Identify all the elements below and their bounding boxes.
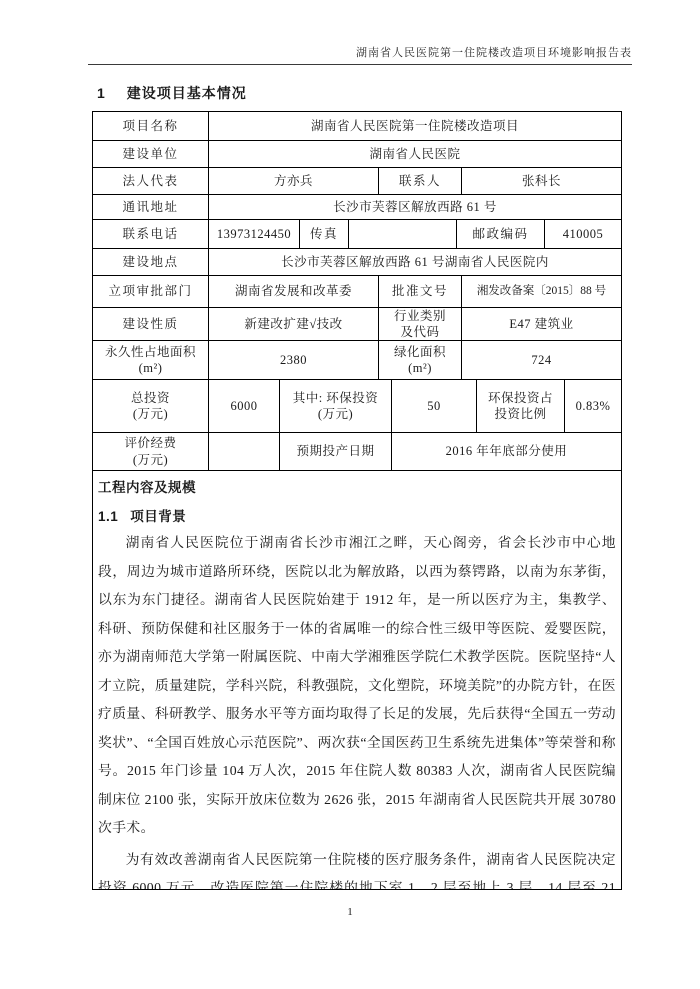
area-label-line1: 永久性占地面积 [105,344,196,360]
subsection-heading: 1.1项目背景 [98,505,616,525]
project-content-section: 工程内容及规模 1.1项目背景 湖南省人民医院位于湖南省长沙市湘江之畔，天心阁旁… [93,470,621,889]
env-investment-label-line1: 其中: 环保投资 [293,390,379,406]
table-row-address: 通讯地址 长沙市芙蓉区解放西路 61 号 [93,194,621,219]
area-label: 永久性占地面积 (m²) [93,341,208,379]
production-date-value: 2016 年年底部分使用 [391,433,621,470]
contact-value: 张科长 [461,168,621,194]
approval-dept-label: 立项审批部门 [93,276,208,307]
fax-value [348,220,456,248]
table-row-investment: 总投资 (万元) 6000 其中: 环保投资 (万元) 50 环保投资占 投资比… [93,379,621,432]
table-row-phone: 联系电话 13973124450 传真 邮政编码 410005 [93,219,621,248]
area-value: 2380 [208,341,378,379]
industry-label-line2: 及代码 [400,324,439,340]
legal-rep-label: 法人代表 [93,168,208,194]
phone-value: 13973124450 [208,220,299,248]
industry-label-line1: 行业类别 [394,308,446,324]
site-value: 长沙市芙蓉区解放西路 61 号湖南省人民医院内 [208,249,621,275]
postcode-value: 410005 [544,220,621,248]
background-paragraph-2: 为有效改善湖南省人民医院第一住院楼的医疗服务条件，湖南省人民医院决定投资 600… [98,846,616,890]
env-investment-label: 其中: 环保投资 (万元) [279,380,391,432]
contact-label: 联系人 [378,168,461,194]
phone-label: 联系电话 [93,220,208,248]
eval-fee-label-line1: 评价经费 [124,435,176,451]
background-paragraph-1: 湖南省人民医院位于湖南省长沙市湘江之畔，天心阁旁，省会长沙市中心地段，周边为城市… [98,529,616,843]
env-ratio-value: 0.83% [564,380,621,432]
table-row-area: 永久性占地面积 (m²) 2380 绿化面积 (m²) 724 [93,340,621,379]
project-name-label: 项目名称 [93,112,208,140]
table-row-site: 建设地点 长沙市芙蓉区解放西路 61 号湖南省人民医院内 [93,248,621,275]
site-label: 建设地点 [93,249,208,275]
env-ratio-label-line1: 环保投资占 [488,390,553,406]
address-label: 通讯地址 [93,195,208,219]
env-investment-label-line2: (万元) [318,406,353,422]
industry-label: 行业类别 及代码 [378,308,461,340]
green-area-label-line1: 绿化面积 [394,344,446,360]
address-value: 长沙市芙蓉区解放西路 61 号 [208,195,621,219]
nature-value: 新建改扩建√技改 [208,308,378,340]
subsection-number: 1.1 [98,509,118,524]
green-area-label: 绿化面积 (m²) [378,341,461,379]
investment-label-line1: 总投资 [131,390,170,406]
page-number: 1 [0,906,700,918]
eval-fee-label-line2: (万元) [133,452,168,468]
green-area-value: 724 [461,341,621,379]
table-row-build-unit: 建设单位 湖南省人民医院 [93,140,621,167]
green-area-label-line2: (m²) [408,360,432,376]
investment-value: 6000 [208,380,279,432]
eval-fee-value [208,433,279,470]
env-ratio-label: 环保投资占 投资比例 [476,380,564,432]
table-row-nature: 建设性质 新建改扩建√技改 行业类别 及代码 E47 建筑业 [93,307,621,340]
env-investment-value: 50 [391,380,476,432]
section-title: 建设项目基本情况 [127,85,247,101]
section-number: 1 [97,85,106,101]
investment-label: 总投资 (万元) [93,380,208,432]
content-section-title: 工程内容及规模 [98,476,616,496]
document-page: 湖南省人民医院第一住院楼改造项目环境影响报告表 1建设项目基本情况 项目名称 湖… [0,0,700,989]
eval-fee-label: 评价经费 (万元) [93,433,208,470]
approval-dept-value: 湖南省发展和改革委 [208,276,378,307]
env-ratio-label-line2: 投资比例 [494,406,546,422]
table-row-eval-fee: 评价经费 (万元) 预期投产日期 2016 年年底部分使用 [93,432,621,470]
build-unit-label: 建设单位 [93,141,208,167]
table-row-approval: 立项审批部门 湖南省发展和改革委 批准文号 湘发改备案〔2015〕88 号 [93,275,621,307]
area-label-line2: (m²) [139,360,163,376]
industry-value: E47 建筑业 [461,308,621,340]
info-table: 项目名称 湖南省人民医院第一住院楼改造项目 建设单位 湖南省人民医院 法人代表 … [92,111,622,890]
table-row-project-name: 项目名称 湖南省人民医院第一住院楼改造项目 [93,112,621,140]
fax-label: 传真 [299,220,348,248]
approval-doc-value: 湘发改备案〔2015〕88 号 [461,276,621,307]
section-heading: 1建设项目基本情况 [97,83,247,103]
legal-rep-value: 方亦兵 [208,168,378,194]
subsection-title: 项目背景 [130,509,186,524]
build-unit-value: 湖南省人民医院 [208,141,621,167]
table-row-legal-rep: 法人代表 方亦兵 联系人 张科长 [93,167,621,194]
project-name-value: 湖南省人民医院第一住院楼改造项目 [208,112,621,140]
nature-label: 建设性质 [93,308,208,340]
approval-doc-label: 批准文号 [378,276,461,307]
page-header-title: 湖南省人民医院第一住院楼改造项目环境影响报告表 [356,47,632,59]
investment-label-line2: (万元) [133,406,168,422]
postcode-label: 邮政编码 [456,220,544,248]
page-header: 湖南省人民医院第一住院楼改造项目环境影响报告表 [88,44,632,65]
production-date-label: 预期投产日期 [279,433,391,470]
